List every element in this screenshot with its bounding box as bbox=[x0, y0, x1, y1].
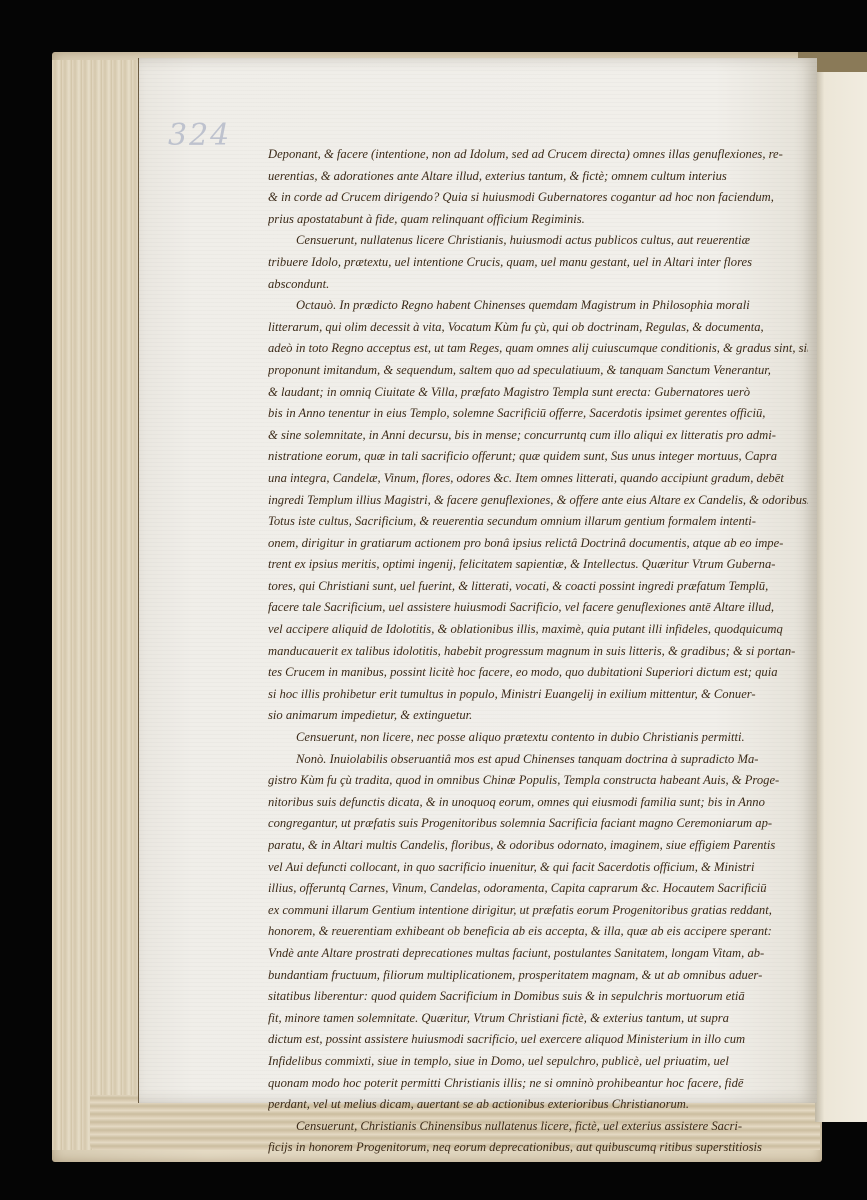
text-line: dictum est, possint assistere huiusmodi … bbox=[268, 1029, 808, 1051]
text-line: paratu, & in Altari multis Candelis, flo… bbox=[268, 835, 808, 857]
text-line: Nonò. Inuiolabilis obseruantiâ mos est a… bbox=[268, 749, 808, 771]
facing-page bbox=[815, 72, 867, 1122]
text-line: Octauò. In prædicto Regno habent Chinens… bbox=[268, 295, 808, 317]
text-line: abscondunt. bbox=[268, 274, 808, 296]
text-line: sio animarum impedietur, & extinguetur. bbox=[268, 705, 808, 727]
text-line: bis in Anno tenentur in eius Templo, sol… bbox=[268, 403, 808, 425]
text-line: Censuerunt, Christianis Chinensibus null… bbox=[268, 1116, 808, 1138]
text-line: Totus iste cultus, Sacrificium, & reuere… bbox=[268, 511, 808, 533]
manuscript-text: Deponant, & facere (intentione, non ad I… bbox=[268, 144, 808, 1159]
text-line: bundantiam fructuum, filiorum multiplica… bbox=[268, 965, 808, 987]
text-line: manducauerit ex talibus idolotitis, habe… bbox=[268, 641, 808, 663]
text-line: facere tale Sacrificium, uel assistere h… bbox=[268, 597, 808, 619]
text-line: nitoribus suis defunctis dicata, & in un… bbox=[268, 792, 808, 814]
text-line: onem, dirigitur in gratiarum actionem pr… bbox=[268, 533, 808, 555]
text-line: vel Aui defuncti collocant, in quo sacri… bbox=[268, 857, 808, 879]
folio-number: 324 bbox=[168, 118, 231, 153]
text-line: nistratione eorum, quæ in tali sacrifici… bbox=[268, 446, 808, 468]
text-line: vel accipere aliquid de Idolotitis, & ob… bbox=[268, 619, 808, 641]
text-line: & sine solemnitate, in Anni decursu, bis… bbox=[268, 425, 808, 447]
text-line: gistro Kùm fu çù tradita, quod in omnibu… bbox=[268, 770, 808, 792]
text-line: litterarum, qui olim decessit à vita, Vo… bbox=[268, 317, 808, 339]
text-line: trent ex ipsius meritis, optimi ingenij,… bbox=[268, 554, 808, 576]
text-line: perdant, vel ut melius dicam, auertant s… bbox=[268, 1094, 808, 1116]
text-line: Vndè ante Altare prostrati deprecationes… bbox=[268, 943, 808, 965]
text-line: Censuerunt, non licere, nec posse aliquo… bbox=[268, 727, 808, 749]
text-line: Censuerunt, nullatenus licere Christiani… bbox=[268, 230, 808, 252]
text-line: si hoc illis prohibetur erit tumultus in… bbox=[268, 684, 808, 706]
text-line: proponunt imitandum, & sequendum, saltem… bbox=[268, 360, 808, 382]
text-line: adeò in toto Regno acceptus est, ut tam … bbox=[268, 338, 808, 360]
text-line: Infidelibus commixti, siue in templo, si… bbox=[268, 1051, 808, 1073]
text-line: quonam modo hoc poterit permitti Christi… bbox=[268, 1073, 808, 1095]
text-line: tribuere Idolo, prætextu, uel intentione… bbox=[268, 252, 808, 274]
text-line: prius apostatabunt à fide, quam relinqua… bbox=[268, 209, 808, 231]
text-line: tores, qui Christiani sunt, uel fuerint,… bbox=[268, 576, 808, 598]
text-line: una integra, Candelæ, Vinum, flores, odo… bbox=[268, 468, 808, 490]
text-line: & laudant; in omniq Ciuitate & Villa, pr… bbox=[268, 382, 808, 404]
text-line: ex communi illarum Gentium intentione di… bbox=[268, 900, 808, 922]
text-line: honorem, & reuerentiam exhibeant ob bene… bbox=[268, 921, 808, 943]
text-line: congregantur, ut præfatis suis Progenito… bbox=[268, 813, 808, 835]
text-line: & in corde ad Crucem dirigendo? Quia si … bbox=[268, 187, 808, 209]
text-line: sitatibus liberentur: quod quidem Sacrif… bbox=[268, 986, 808, 1008]
text-line: Deponant, & facere (intentione, non ad I… bbox=[268, 144, 808, 166]
text-line: ficijs in honorem Progenitorum, neq eoru… bbox=[268, 1137, 808, 1159]
text-line: fit, minore tamen solemnitate. Quæritur,… bbox=[268, 1008, 808, 1030]
text-line: tes Crucem in manibus, possint licitè ho… bbox=[268, 662, 808, 684]
worn-page-edges-left bbox=[52, 60, 137, 1150]
text-line: uerentias, & adorationes ante Altare ill… bbox=[268, 166, 808, 188]
text-line: ingredi Templum illius Magistri, & facer… bbox=[268, 490, 808, 512]
text-line: illius, offeruntq Carnes, Vinum, Candela… bbox=[268, 878, 808, 900]
